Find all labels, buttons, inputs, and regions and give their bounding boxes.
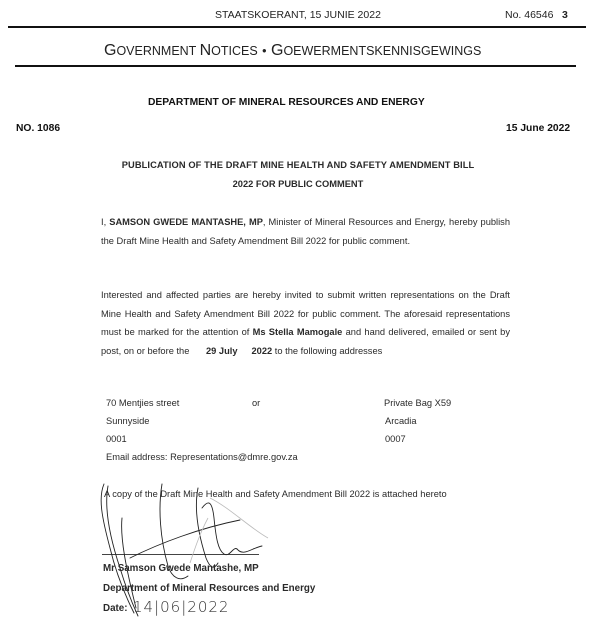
signatory-department: Department of Mineral Resources and Ener… [103,583,315,594]
heading-text: OTICES [211,44,258,58]
header-rule [8,26,586,28]
heading-text: OEWERMENTSKENNISGEWINGS [283,44,481,58]
address-postal-line1: Private Bag X59 [384,398,451,408]
notice-title-line1: PUBLICATION OF THE DRAFT MINE HEALTH AND… [0,160,596,170]
address-physical-line3: 0001 [106,434,127,444]
representations-paragraph: Interested and affected parties are here… [101,286,510,361]
running-header-publication: STAATSKOERANT, 15 JUNIE 2022 [215,9,381,21]
address-postal-line2: Arcadia [385,416,417,426]
minister-name: SAMSON GWEDE MANTASHE, MP [109,217,263,227]
heading-cap: G [271,42,283,59]
heading-text: OVERNMENT [116,44,199,58]
para-text: I, [101,217,109,227]
para-text: to the following addresses [272,346,382,356]
department-title: DEPARTMENT OF MINERAL RESOURCES AND ENER… [148,97,425,108]
notice-title-line2: 2022 FOR PUBLIC COMMENT [0,179,596,189]
heading-cap: G [104,42,116,59]
section-heading: GOVERNMENT NOTICES • GOEWERMENTSKENNISGE… [104,42,481,60]
date-label: Date: [103,603,128,614]
heading-cap: N [200,42,212,59]
notice-date: 15 June 2022 [506,123,570,134]
address-physical-line2: Sunnyside [106,416,149,426]
email-address[interactable]: Email address: Representations@dmre.gov.… [106,452,298,462]
deadline-year: 2022 [252,346,273,356]
running-header-issue-number: No. 46546 [505,9,553,21]
handwritten-date: 14|06|2022 [133,598,229,616]
heading-bullet: • [262,44,266,58]
publication-paragraph: I, SAMSON GWEDE MANTASHE, MP, Minister o… [101,213,510,250]
contact-name: Ms Stella Mamogale [253,327,343,337]
page-number: 3 [562,9,568,21]
deadline-date: 29 July [192,346,252,356]
signatory-name: Mr Samson Gwede Mantashe, MP [103,563,259,574]
notice-number: NO. 1086 [16,123,60,134]
address-physical-line1: 70 Mentjies street [106,398,179,408]
address-or: or [252,398,260,408]
address-postal-line3: 0007 [385,434,406,444]
heading-rule [15,65,576,67]
